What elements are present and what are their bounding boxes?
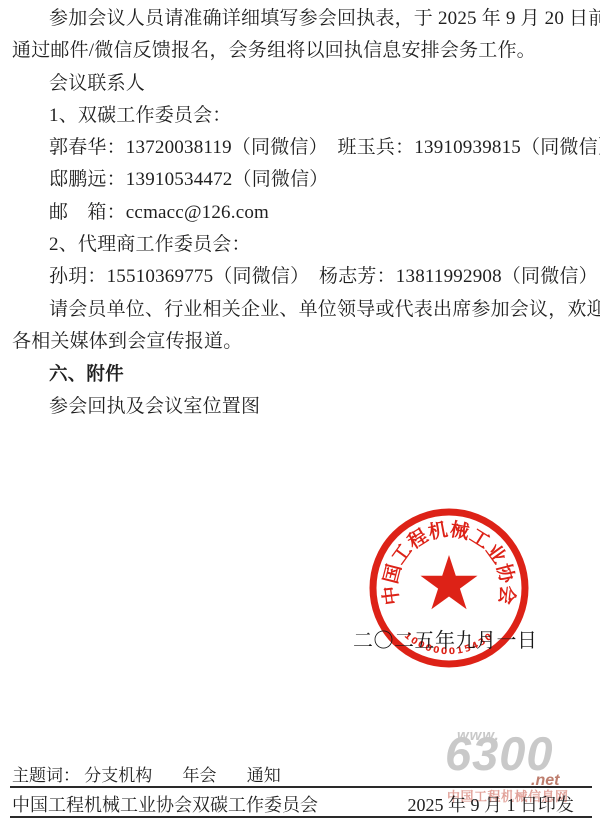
official-seal: 中国工程机械工业协会 100000015430 bbox=[349, 488, 549, 688]
seal-star-icon bbox=[421, 555, 478, 609]
group1-email: 邮 箱：ccmacc@126.com bbox=[12, 197, 590, 229]
intro-line-1: 参加会议人员请准确详细填写参会回执表，于 2025 年 9 月 20 日前 bbox=[12, 3, 590, 35]
keyword-item: 年会 bbox=[183, 766, 217, 785]
keyword-item: 通知 bbox=[247, 766, 281, 785]
footer-issuer-row: 中国工程机械工业协会双碳工作委员会 2025 年 9 月 1 日印发 bbox=[12, 791, 574, 817]
invitation-line-2: 各相关媒体到会宣传报道。 bbox=[12, 326, 590, 358]
keyword-item: 分支机构 bbox=[84, 766, 152, 785]
keywords-label: 主题词： bbox=[12, 766, 80, 785]
footer-divider-bottom bbox=[10, 816, 592, 818]
group1-contacts-line-2: 邸鹏远：13910534472（同微信） bbox=[12, 164, 590, 196]
group1-contacts-line-1: 郭春华：13720038119（同微信） 班玉兵：13910939815（同微信… bbox=[12, 132, 590, 164]
issuer-name: 中国工程机械工业协会双碳工作委员会 bbox=[12, 791, 318, 817]
document-date: 二〇二五年九月一日 bbox=[353, 624, 538, 653]
contacts-heading: 会议联系人 bbox=[12, 68, 590, 100]
group2-title: 2、代理商工作委员会： bbox=[12, 229, 590, 261]
document-page: 参加会议人员请准确详细填写参会回执表，于 2025 年 9 月 20 日前 通过… bbox=[0, 0, 600, 824]
print-date: 2025 年 9 月 1 日印发 bbox=[408, 791, 575, 817]
attachment-heading: 六、附件 bbox=[12, 358, 590, 390]
watermark-logo: 6300 bbox=[445, 730, 554, 777]
attachment-item: 参会回执及会议室位置图 bbox=[12, 391, 590, 423]
group2-contacts-line: 孙玥：15510369775（同微信） 杨志芳：13811992908（同微信） bbox=[12, 261, 590, 293]
footer-keywords-row: 主题词： 分支机构 年会 通知 bbox=[12, 761, 281, 786]
invitation-line-1: 请会员单位、行业相关企业、单位领导或代表出席参加会议，欢迎 bbox=[12, 294, 590, 326]
intro-line-2: 通过邮件/微信反馈报名，会务组将以回执信息安排会务工作。 bbox=[12, 35, 590, 67]
footer-divider-top bbox=[10, 786, 592, 788]
group1-title: 1、双碳工作委员会： bbox=[12, 100, 590, 132]
document-body: 参加会议人员请准确详细填写参会回执表，于 2025 年 9 月 20 日前 通过… bbox=[12, 3, 590, 423]
